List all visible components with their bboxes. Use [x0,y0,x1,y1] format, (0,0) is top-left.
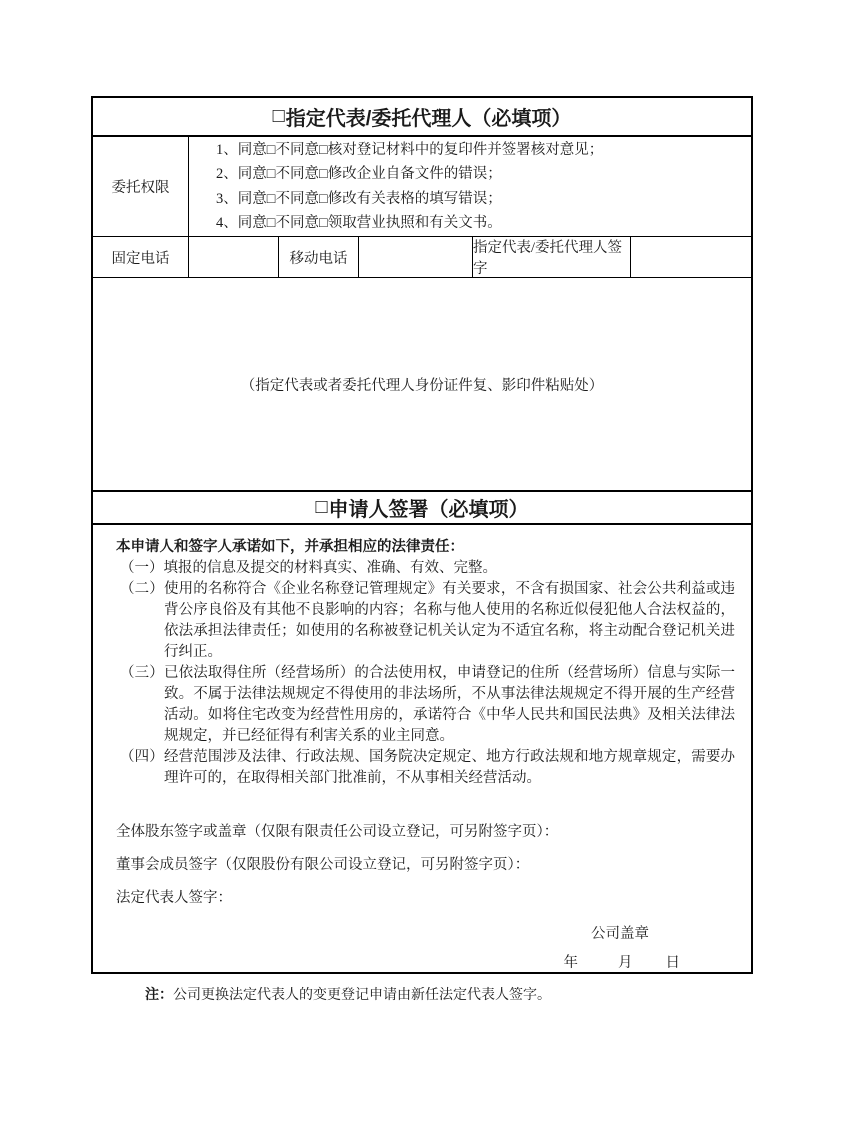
authorization-item-2[interactable]: 2、同意□不同意□修改企业自备文件的错误； [216,162,751,187]
footnote-prefix: 注： [145,986,173,1002]
id-paste-hint: （指定代表或者委托代理人身份证件复、影印件粘贴处） [241,374,604,395]
commitment-item-1: （一）填报的信息及提交的材料真实、准确、有效、完整。 [120,558,735,579]
mobile-phone-input[interactable] [359,237,473,277]
mobile-phone-label: 移动电话 [279,237,359,277]
section2-title-row: □ 申请人签署（必填项） [93,490,751,525]
section2-title-checkbox[interactable]: □ [315,496,327,519]
agent-signature-label: 指定代表/委托代理人签字 [473,237,631,277]
authorization-item-4[interactable]: 4、同意□不同意□领取营业执照和有关文书。 [216,211,751,236]
section1-title-row: □ 指定代表/委托代理人（必填项） [93,98,751,137]
section1-title-checkbox[interactable]: □ [273,105,285,128]
legal-representative-signature-line[interactable]: 法定代表人签字： [116,887,735,910]
fixed-phone-input[interactable] [189,237,279,277]
commitment-item-1-marker: （一） [120,560,164,576]
commitment-item-2-text: 使用的名称符合《企业名称登记管理规定》有关要求，不含有损国家、社会公共利益或违背… [164,581,735,660]
date-year-label[interactable]: 年 [564,953,579,972]
commitment-item-1-text: 填报的信息及提交的材料真实、准确、有效、完整。 [164,560,498,576]
section2-title: 申请人签署（必填项） [329,493,529,522]
date-month-label[interactable]: 月 [618,953,633,972]
authorization-item-1[interactable]: 1、同意□不同意□核对登记材料中的复印件并签署核对意见； [216,138,751,163]
commitment-item-3: （三）已依法取得住所（经营场所）的合法使用权，申请登记的住所（经营场所）信息与实… [120,663,735,747]
signature-block: 全体股东签字或盖章（仅限有限责任公司设立登记，可另附签字页）： 董事会成员签字（… [116,821,735,910]
commitment-item-3-marker: （三） [120,665,164,681]
company-seal-line: 公司盖章 [116,924,735,945]
authorization-row: 委托权限 1、同意□不同意□核对登记材料中的复印件并签署核对意见； 2、同意□不… [93,137,751,237]
commitment-intro: 本申请人和签字人承诺如下，并承担相应的法律责任： [116,537,735,558]
section1-title: 指定代表/委托代理人（必填项） [286,102,572,131]
commitment-item-3-text: 已依法取得住所（经营场所）的合法使用权，申请登记的住所（经营场所）信息与实际一致… [164,665,735,744]
commitment-item-4-marker: （四） [120,749,164,765]
footnote: 注：公司更换法定代表人的变更登记申请由新任法定代表人签字。 [145,984,551,1006]
id-paste-area[interactable]: （指定代表或者委托代理人身份证件复、影印件粘贴处） [93,278,751,490]
authorization-label: 委托权限 [93,137,189,236]
company-seal-label[interactable]: 公司盖章 [591,924,649,945]
commitment-item-2-marker: （二） [120,581,164,597]
commitment-list: （一）填报的信息及提交的材料真实、准确、有效、完整。 （二）使用的名称符合《企业… [120,558,735,789]
shareholders-signature-line[interactable]: 全体股东签字或盖章（仅限有限责任公司设立登记，可另附签字页）： [116,821,735,844]
authorization-items: 1、同意□不同意□核对登记材料中的复印件并签署核对意见； 2、同意□不同意□修改… [189,137,751,236]
board-members-signature-line[interactable]: 董事会成员签字（仅限股份有限公司设立登记，可另附签字页）： [116,854,735,877]
commitment-item-4-text: 经营范围涉及法律、行政法规、国务院决定规定、地方行政法规和地方规章规定，需要办理… [164,749,735,786]
date-line: 年 月 日 [116,953,735,972]
form-page: □ 指定代表/委托代理人（必填项） 委托权限 1、同意□不同意□核对登记材料中的… [0,0,842,1123]
date-day-label[interactable]: 日 [666,953,681,972]
authorization-item-3[interactable]: 3、同意□不同意□修改有关表格的填写错误； [216,187,751,212]
registration-form-table: □ 指定代表/委托代理人（必填项） 委托权限 1、同意□不同意□核对登记材料中的… [91,96,753,974]
agent-signature-input[interactable] [631,237,751,277]
footnote-text: 公司更换法定代表人的变更登记申请由新任法定代表人签字。 [173,988,551,1003]
commitment-item-4: （四）经营范围涉及法律、行政法规、国务院决定规定、地方行政法规和地方规章规定，需… [120,747,735,789]
phone-row: 固定电话 移动电话 指定代表/委托代理人签字 [93,237,751,278]
commitment-item-2: （二）使用的名称符合《企业名称登记管理规定》有关要求，不含有损国家、社会公共利益… [120,579,735,663]
fixed-phone-label: 固定电话 [93,237,189,277]
applicant-commitment-body: 本申请人和签字人承诺如下，并承担相应的法律责任： （一）填报的信息及提交的材料真… [93,525,751,972]
